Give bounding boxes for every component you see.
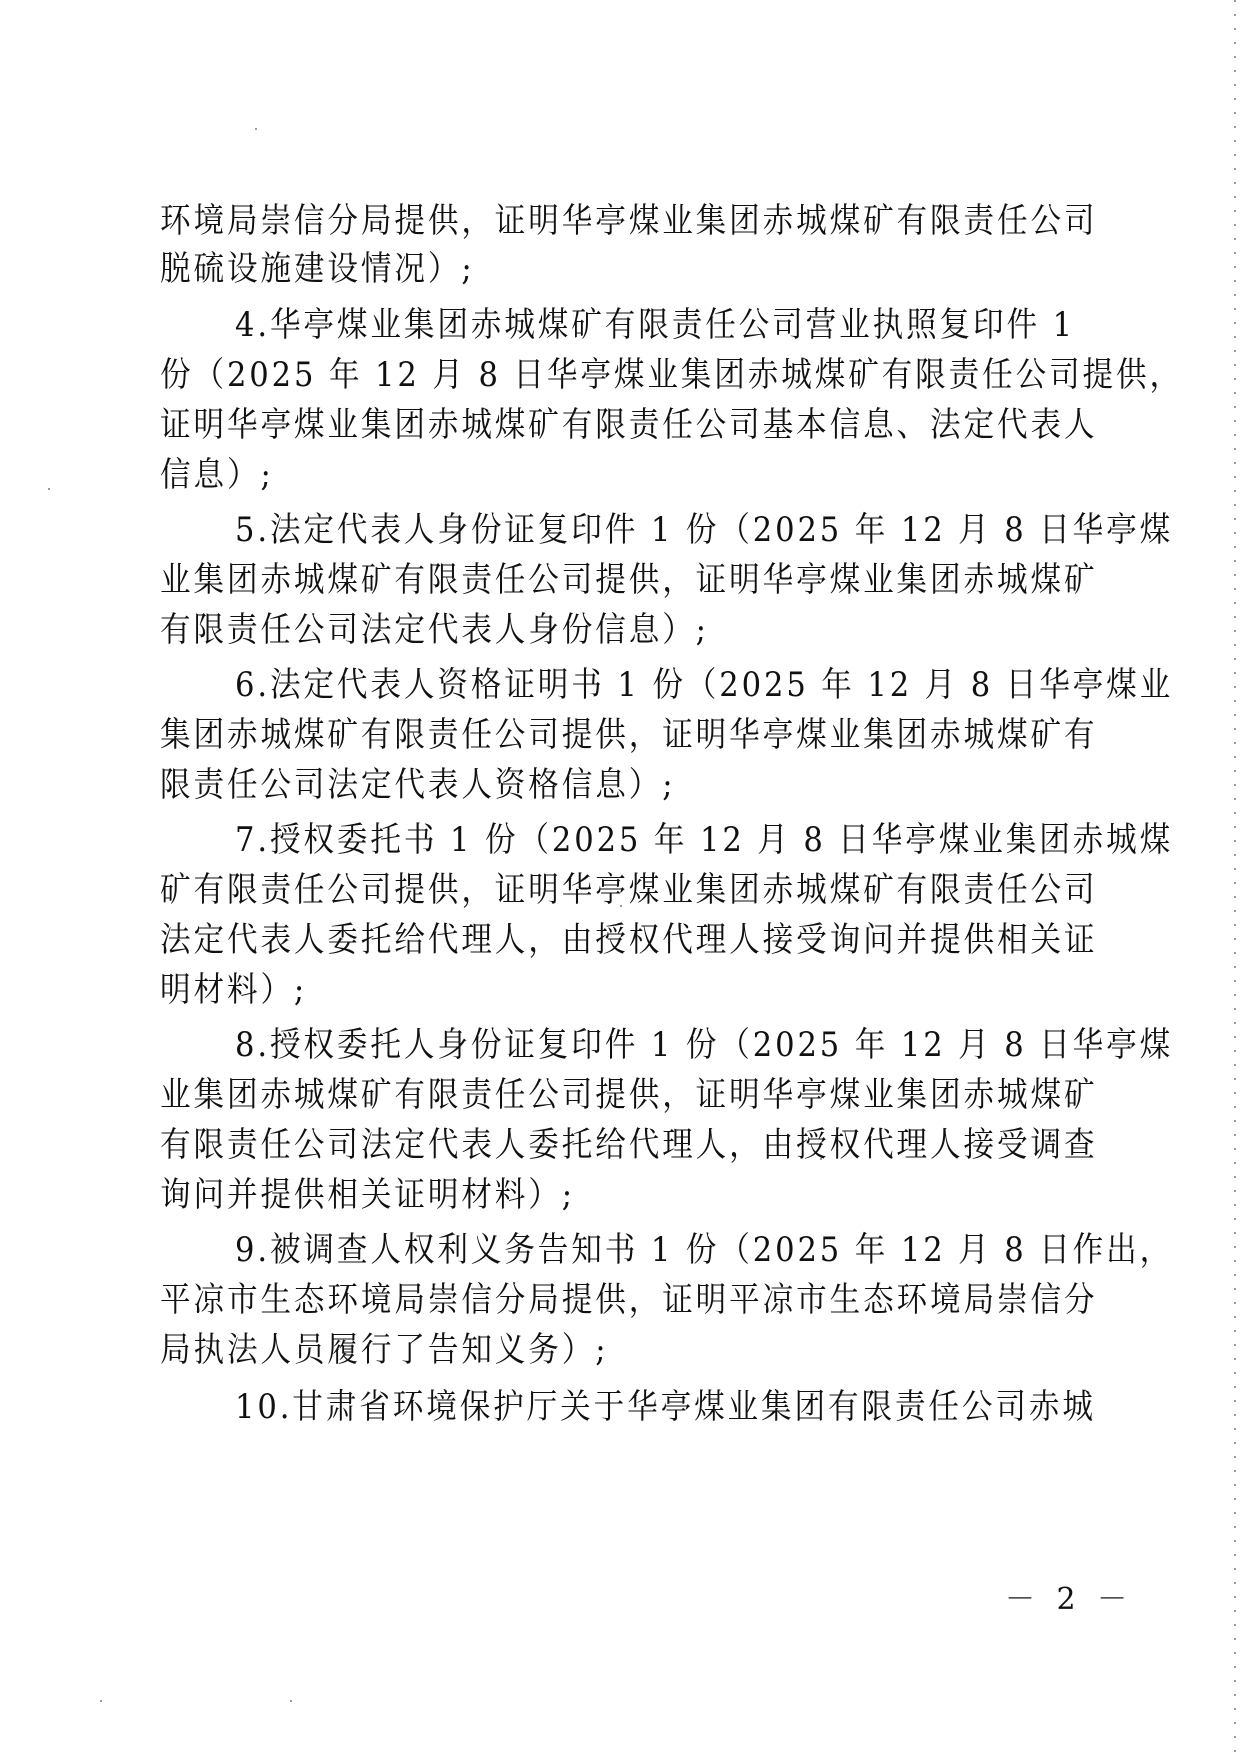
scan-speck: [290, 1700, 292, 1702]
text-line: 环境局崇信分局提供，证明华亭煤业集团赤城煤矿有限责任公司: [160, 198, 988, 244]
scan-speck: [820, 1158, 822, 1160]
list-item-10-start: 10.甘肃省环境保护厅关于华亭煤业集团有限责任公司赤城: [235, 1384, 1063, 1430]
text-line: 有限责任公司法定代表人身份信息）;: [160, 607, 988, 653]
text-line: 平凉市生态环境局崇信分局提供，证明平凉市生态环境局崇信分: [160, 1277, 988, 1323]
scan-speck: [48, 488, 50, 490]
text-line: 限责任公司法定代表人资格信息）;: [160, 762, 988, 808]
text-line: 信息）;: [160, 452, 988, 498]
text-line: 业集团赤城煤矿有限责任公司提供，证明华亭煤业集团赤城煤矿: [160, 1072, 988, 1118]
text-line: 有限责任公司法定代表人委托给代理人，由授权代理人接受调查: [160, 1122, 988, 1168]
document-page: 环境局崇信分局提供，证明华亭煤业集团赤城煤矿有限责任公司 脱硫设施建设情况）; …: [0, 0, 1242, 1754]
text-line: 局执法人员履行了告知义务）;: [160, 1327, 988, 1373]
text-line: 询问并提供相关证明材料）;: [160, 1172, 988, 1218]
text-line: 矿有限责任公司提供，证明华亭煤业集团赤城煤矿有限责任公司: [160, 867, 988, 913]
text-line: 法定代表人委托给代理人，由授权代理人接受询问并提供相关证: [160, 917, 988, 963]
scan-speck: [620, 905, 622, 907]
list-item-5-start: 5.法定代表人身份证复印件 1 份（2025 年 12 月 8 日华亭煤: [235, 507, 1063, 553]
list-item-9-start: 9.被调查人权利义务告知书 1 份（2025 年 12 月 8 日作出，: [235, 1227, 1063, 1273]
text-line: 集团赤城煤矿有限责任公司提供，证明华亭煤业集团赤城煤矿有: [160, 712, 988, 758]
scan-edge-artifact: [1234, 0, 1236, 1754]
list-item-6-start: 6.法定代表人资格证明书 1 份（2025 年 12 月 8 日华亭煤业: [235, 662, 1063, 708]
text-line: 脱硫设施建设情况）;: [160, 246, 988, 292]
list-item-8-start: 8.授权委托人身份证复印件 1 份（2025 年 12 月 8 日华亭煤: [235, 1022, 1063, 1068]
text-line: 业集团赤城煤矿有限责任公司提供，证明华亭煤业集团赤城煤矿: [160, 557, 988, 603]
text-line: 份（2025 年 12 月 8 日华亭煤业集团赤城煤矿有限责任公司提供，: [160, 352, 988, 398]
page-number: － 2 －: [1005, 1580, 1133, 1620]
scan-speck: [255, 128, 257, 130]
text-line: 证明华亭煤业集团赤城煤矿有限责任公司基本信息、法定代表人: [160, 402, 988, 448]
scan-speck: [100, 1700, 102, 1702]
list-item-4-start: 4.华亭煤业集团赤城煤矿有限责任公司营业执照复印件 1: [235, 302, 1063, 348]
list-item-7-start: 7.授权委托书 1 份（2025 年 12 月 8 日华亭煤业集团赤城煤: [235, 817, 1063, 863]
text-line: 明材料）;: [160, 967, 988, 1013]
